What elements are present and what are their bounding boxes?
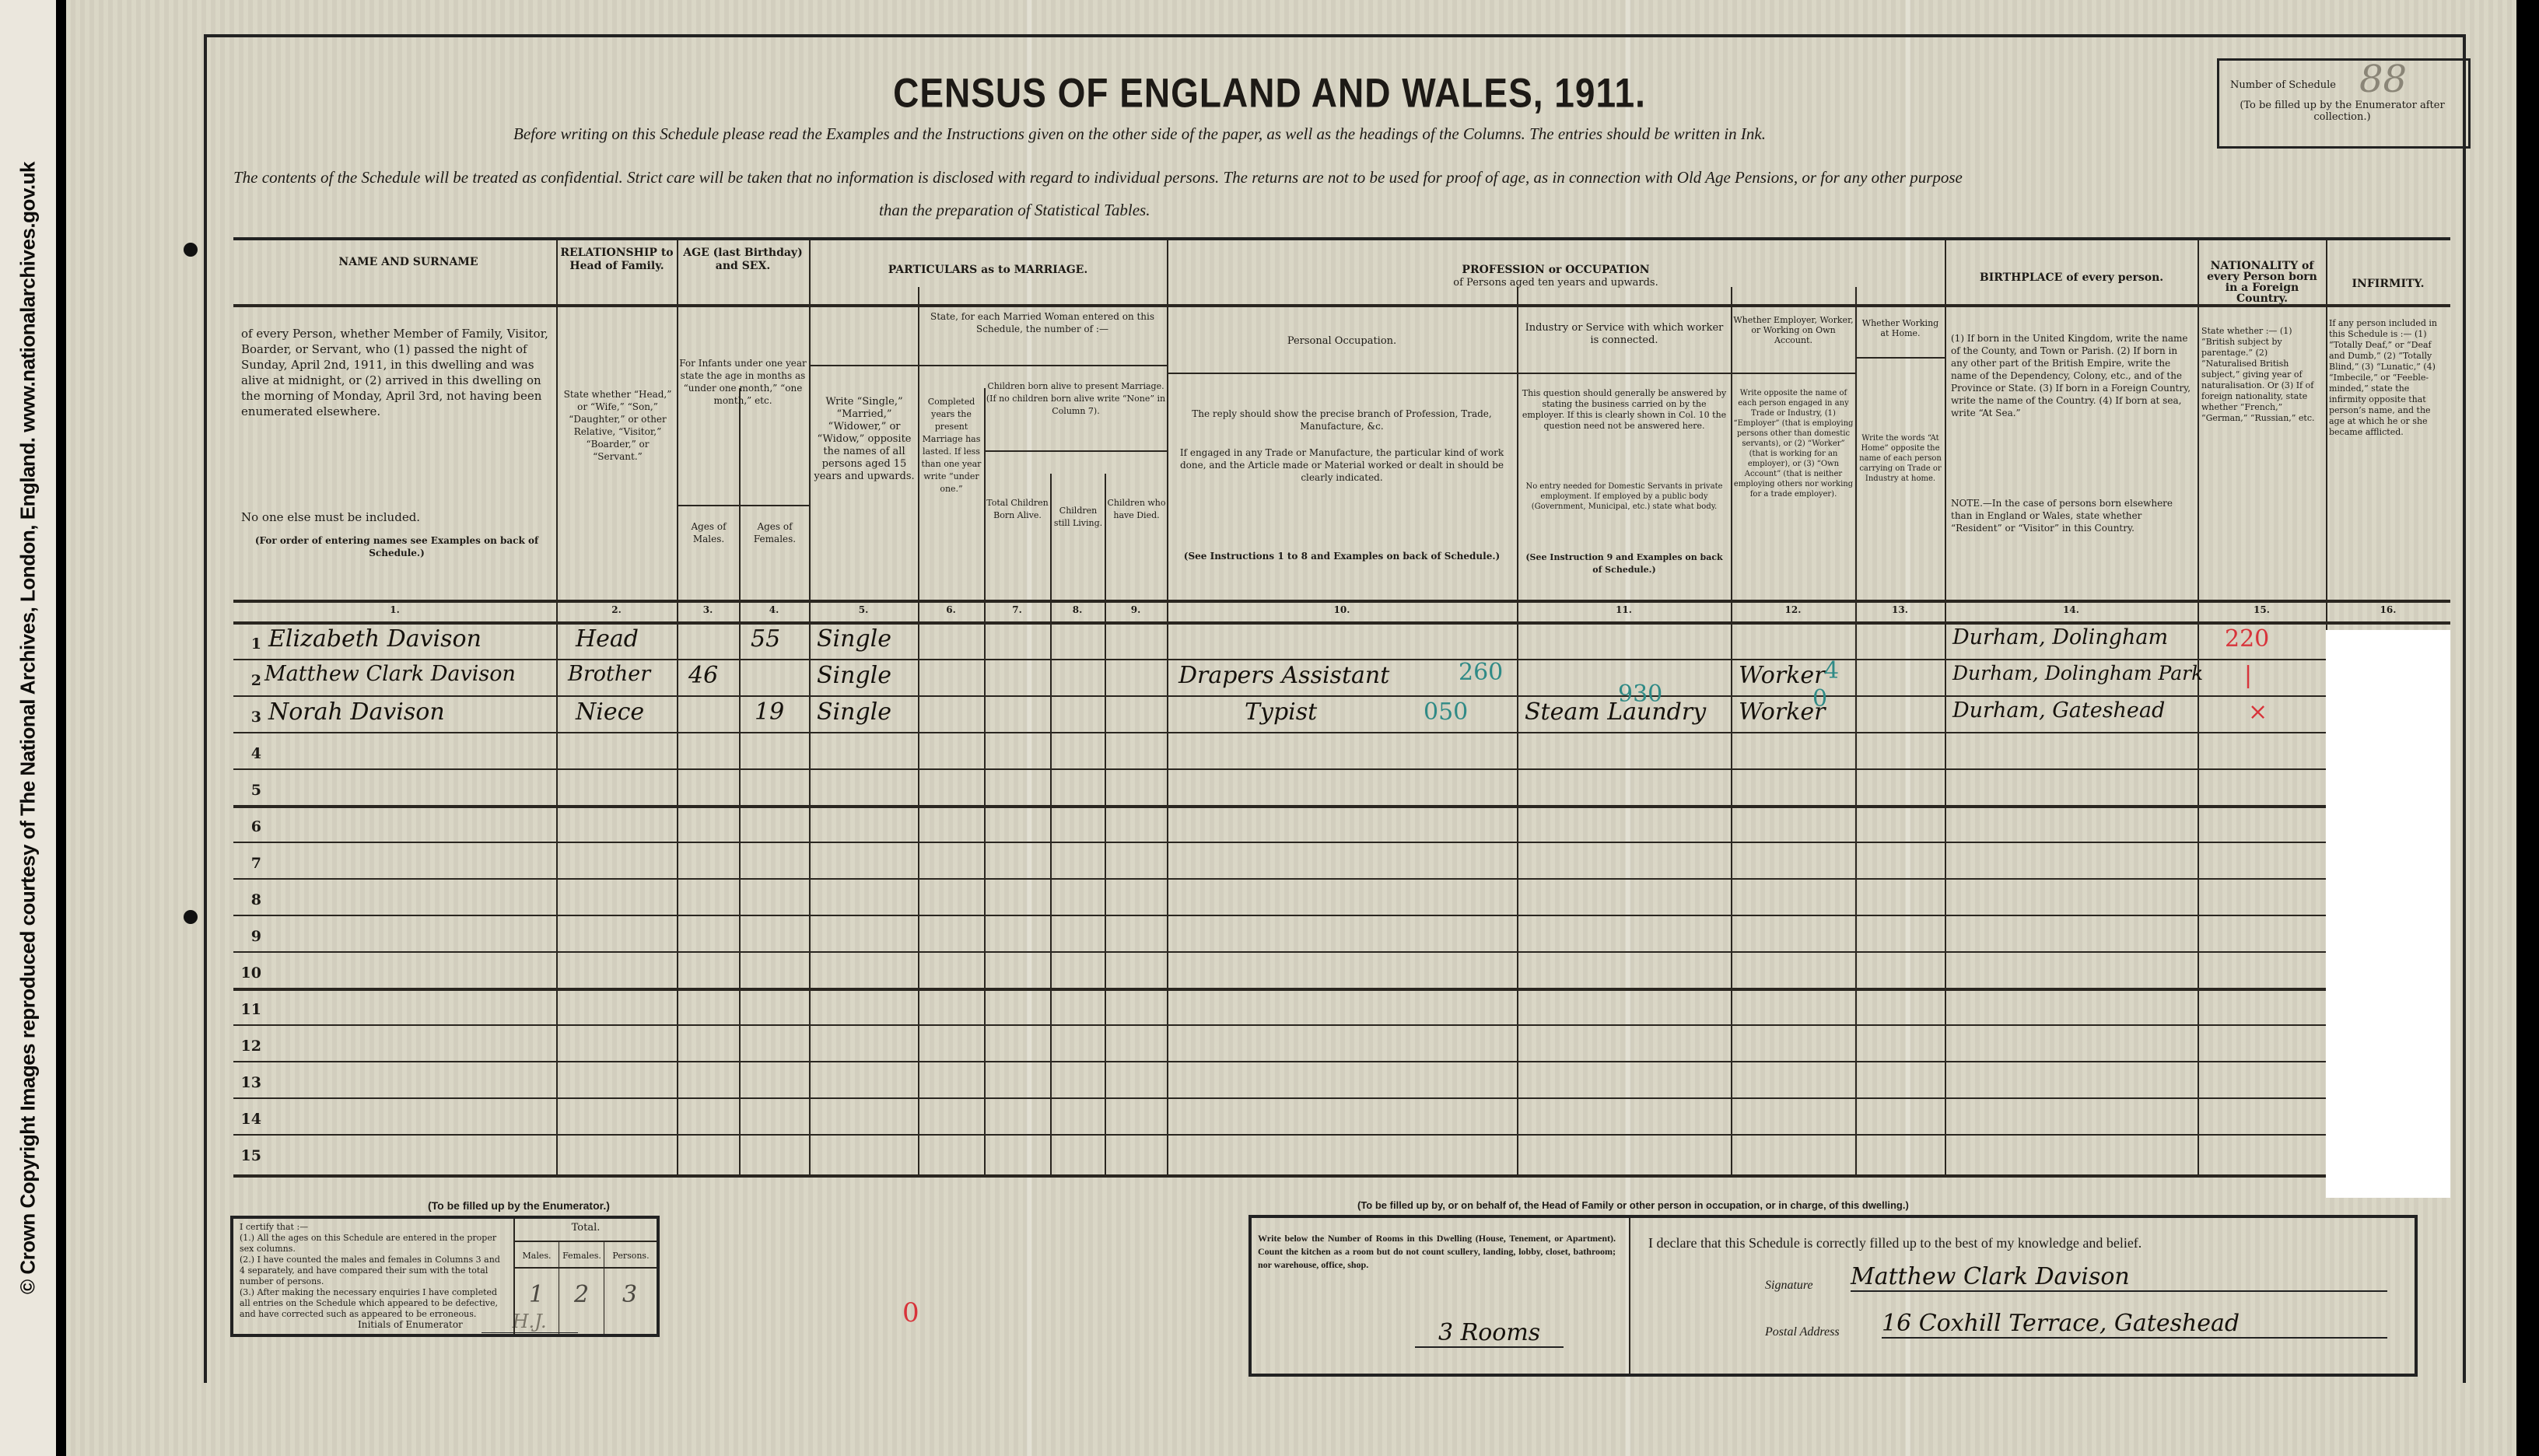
children-desc: Children born alive to present Marriage.… [986,380,1166,418]
row-number: 10 [233,964,261,982]
col2-desc: State whether “Head,” or “Wife,” “Son,” … [560,388,675,463]
red-check-mark: 0 [902,1297,919,1328]
col-number: 13. [1855,604,1945,615]
col-number: 4. [739,604,809,615]
employment-code: 0 [1812,685,1827,712]
col2-title: RELATIONSHIP to Head of Family. [560,247,673,272]
rooms-instruction: Write below the Number of Rooms in this … [1258,1232,1616,1272]
col-number: 7. [984,604,1050,615]
nationality-code: 220 [2225,625,2269,653]
col16-desc: If any person included in this Schedule … [2329,318,2447,438]
persons-label: Persons. [605,1250,657,1262]
employment-code: 4 [1824,657,1839,684]
personal-occupation: Drapers Assistant [1178,662,1389,689]
row-number: 1 [233,635,261,653]
row-number: 4 [233,745,261,762]
col10-desc: The reply should show the precise branch… [1171,408,1513,432]
col11-desc2: No entry needed for Domestic Servants in… [1521,481,1728,512]
marital-condition: Single [817,625,891,653]
col15-desc: State whether :— (1) “British subject by… [2201,326,2323,424]
col10-desc2: If engaged in any Trade or Manufacture, … [1171,446,1513,484]
col1-desc3: (For order of entering names see Example… [241,534,552,559]
col14-desc2: NOTE.—In the case of persons born elsewh… [1951,497,2194,534]
col1-desc: of every Person, whether Member of Famil… [241,326,552,419]
col15-title: NATIONALITY of every Person born in a Fo… [2207,260,2317,305]
age-desc: For Infants under one year state the age… [678,357,807,407]
person-name: Norah Davison [268,698,445,726]
age-title: AGE (last Birthday) and SEX. [683,247,802,272]
occupation-code: 260 [1459,659,1503,686]
row-number: 14 [233,1111,261,1128]
col8-desc: Children still Living. [1052,505,1105,530]
col12-desc: Write opposite the name of each person e… [1733,388,1854,499]
females-label: Females. [560,1250,604,1262]
enumerator-box: I certify that :— (1.) All the ages on t… [230,1216,660,1337]
row-number: 2 [233,672,261,689]
col-number: 14. [1945,604,2198,615]
profession-title: PROFESSION or OCCUPATION [1462,264,1649,276]
row-number: 6 [233,818,261,835]
declaration-text: I declare that this Schedule is correctl… [1648,1235,2142,1251]
col11-desc: This question should generally be answer… [1521,388,1728,432]
col1-desc2: No one else must be included. [241,511,552,523]
punch-hole [184,910,198,924]
page-title: CENSUS OF ENGLAND AND WALES, 1911. [0,68,2539,117]
col14-desc: (1) If born in the United Kingdom, write… [1951,332,2194,419]
copyright-text: © Crown Copyright Images reproduced cour… [16,162,40,1294]
redaction-patch [2326,630,2450,1198]
nationality-code: | [2244,662,2252,689]
household-table: NAME AND SURNAME of every Person, whethe… [233,237,2450,1178]
col6-desc: Completed years the present Marriage has… [919,396,983,495]
marital-condition: Single [817,662,891,689]
col-number: 9. [1105,604,1167,615]
col-number: 3. [677,604,739,615]
initials-label: Initials of Enumerator [358,1319,463,1330]
row-number: 13 [233,1074,261,1091]
person-name: Matthew Clark Davison [264,662,516,686]
nationality-code: × [2248,698,2268,726]
col-number: 12. [1731,604,1855,615]
total-females: 2 [574,1281,589,1308]
col-number: 6. [918,604,984,615]
head-of-family-box: Write below the Number of Rooms in this … [1248,1215,2418,1377]
signature: Matthew Clark Davison [1851,1263,2387,1292]
industry-code: 930 [1618,681,1662,708]
certify-text: I certify that :— [240,1222,508,1233]
col-number: 8. [1050,604,1105,615]
col4-title: Ages of Females. [741,520,809,545]
relationship: Niece [576,698,644,726]
males-label: Males. [515,1250,559,1262]
col10-desc3: (See Instructions 1 to 8 and Examples on… [1171,550,1513,562]
signature-label: Signature [1765,1279,1813,1293]
head-of-family-heading: (To be filled up by, or on behalf of, th… [1357,1199,1909,1211]
relationship: Head [576,625,639,653]
col11-title: Industry or Service with which worker is… [1521,322,1728,347]
age-female: 19 [755,698,784,726]
col-number: 16. [2326,604,2450,615]
col10-title: Personal Occupation. [1171,335,1513,348]
occupation-code: 050 [1424,698,1468,726]
married-woman-desc: State, for each Married Woman entered on… [919,310,1165,335]
birthplace: Durham, Dolingham [1952,625,2168,649]
industry: Steam Laundry [1525,698,1706,726]
rooms-count: 3 Rooms [1415,1319,1564,1348]
certify-point-2: (2.) I have counted the males and female… [240,1255,508,1287]
row-number: 3 [233,709,261,726]
row-number: 5 [233,782,261,799]
row-number: 11 [233,1001,261,1018]
col7-desc: Total Children Born Alive. [986,497,1049,522]
col11-desc3: (See Instruction 9 and Examples on back … [1521,551,1728,576]
col9-desc: Children who have Died. [1106,497,1167,522]
col-number: 10. [1167,604,1517,615]
schedule-number-box: Number of Schedule 88 (To be filled up b… [2217,58,2471,149]
postal-address-label: Postal Address [1765,1325,1840,1339]
profession-subtitle: of Persons aged ten years and upwards. [1453,277,1658,289]
col3-title: Ages of Males. [678,520,739,545]
col-number: 11. [1517,604,1731,615]
birthplace: Durham, Gateshead [1952,698,2165,723]
row-number: 7 [233,855,261,872]
schedule-number-value: 88 [2359,58,2407,101]
confidential-text-2: than the preparation of Statistical Tabl… [879,201,1150,220]
relationship: Brother [568,662,650,686]
total-males: 1 [529,1281,544,1308]
instruction-text: Before writing on this Schedule please r… [513,124,1766,144]
col5-desc: Write “Single,” “Married,” “Widower,” or… [812,396,916,483]
col-number: 5. [809,604,918,615]
row-number: 12 [233,1038,261,1055]
col1-title: NAME AND SURNAME [338,256,478,268]
punch-hole [184,243,198,257]
col13-desc: Write the words “At Home” opposite the n… [1858,433,1943,484]
schedule-number-label: Number of Schedule [2230,79,2336,91]
enumerator-initials: H.J. [482,1311,578,1333]
marriage-title: PARTICULARS as to MARRIAGE. [888,264,1087,276]
copyright-strip: © Crown Copyright Images reproduced cour… [0,0,56,1456]
enumerator-heading: (To be filled up by the Enumerator.) [428,1199,610,1212]
certify-point-1: (1.) All the ages on this Schedule are e… [240,1233,508,1255]
col13-title: Whether Working at Home. [1858,318,1943,338]
col12-title: Whether Employer, Worker, or Working on … [1733,315,1854,345]
row-number: 8 [233,891,261,908]
schedule-number-note: (To be filled up by the Enumerator after… [2226,100,2459,123]
personal-occupation: Typist [1245,698,1317,726]
birthplace: Durham, Dolingham Park [1952,662,2203,684]
col16-title: INFIRMITY. [2352,278,2425,290]
col-number: 15. [2198,604,2326,615]
confidential-text: The contents of the Schedule will be tre… [233,168,1963,187]
total-label: Total. [515,1222,657,1234]
col-number: 1. [233,604,556,615]
person-name: Elizabeth Davison [268,625,482,653]
col-number: 2. [556,604,677,615]
age-male: 46 [688,662,718,689]
row-number: 15 [233,1147,261,1164]
postal-address: 16 Coxhill Terrace, Gateshead [1882,1310,2387,1339]
row-number: 9 [233,928,261,945]
marital-condition: Single [817,698,891,726]
age-female: 55 [751,625,780,653]
total-persons: 3 [622,1281,637,1308]
col14-title: BIRTHPLACE of every person. [1980,271,2163,284]
